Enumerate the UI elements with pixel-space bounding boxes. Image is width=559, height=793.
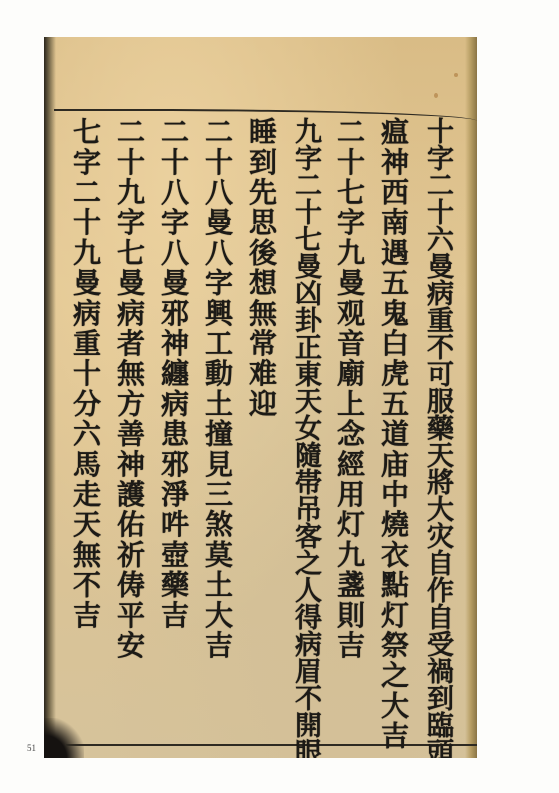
text-column-3: 二十七字九曼观音廟上念經用灯九盞則吉 — [327, 117, 371, 747]
text-column-4: 九字二十七曼凶卦正東天女隨帯吊客之人得病眉不開眼不睜婚晨 — [283, 117, 327, 747]
text-column-5: 睡到先思後想無常难迎 — [239, 117, 283, 747]
paper-stain — [454, 73, 458, 77]
paper-stain — [434, 93, 438, 98]
page-number: 51 — [27, 743, 36, 753]
page-edge-shadow — [465, 37, 477, 758]
text-column-2: 瘟神西南遇五鬼白虎五道庙中燒衣點灯祭之大吉 — [371, 117, 415, 747]
text-column-9: 七字二十九曼病重十分六馬走天無不吉 — [63, 117, 107, 747]
text-column-1: 十字二十六曼病重不可服藥天將大灾自作自受禍到臨頭西南遇者 — [415, 117, 459, 747]
text-column-8: 二十九字七曼病者無方善神護佑祈俦平安 — [107, 117, 151, 747]
binding-shadow — [44, 37, 56, 758]
text-column-7: 二十八字八曼邪神纏病患邪淨吽壺藥吉 — [151, 117, 195, 747]
manuscript-page-scan: 十字二十六曼病重不可服藥天將大灾自作自受禍到臨頭西南遇者 瘟神西南遇五鬼白虎五道… — [44, 37, 477, 758]
text-column-6: 二十八曼八字興工動土撞見三煞莫土大吉 — [195, 117, 239, 747]
text-columns: 十字二十六曼病重不可服藥天將大灾自作自受禍到臨頭西南遇者 瘟神西南遇五鬼白虎五道… — [63, 117, 459, 747]
